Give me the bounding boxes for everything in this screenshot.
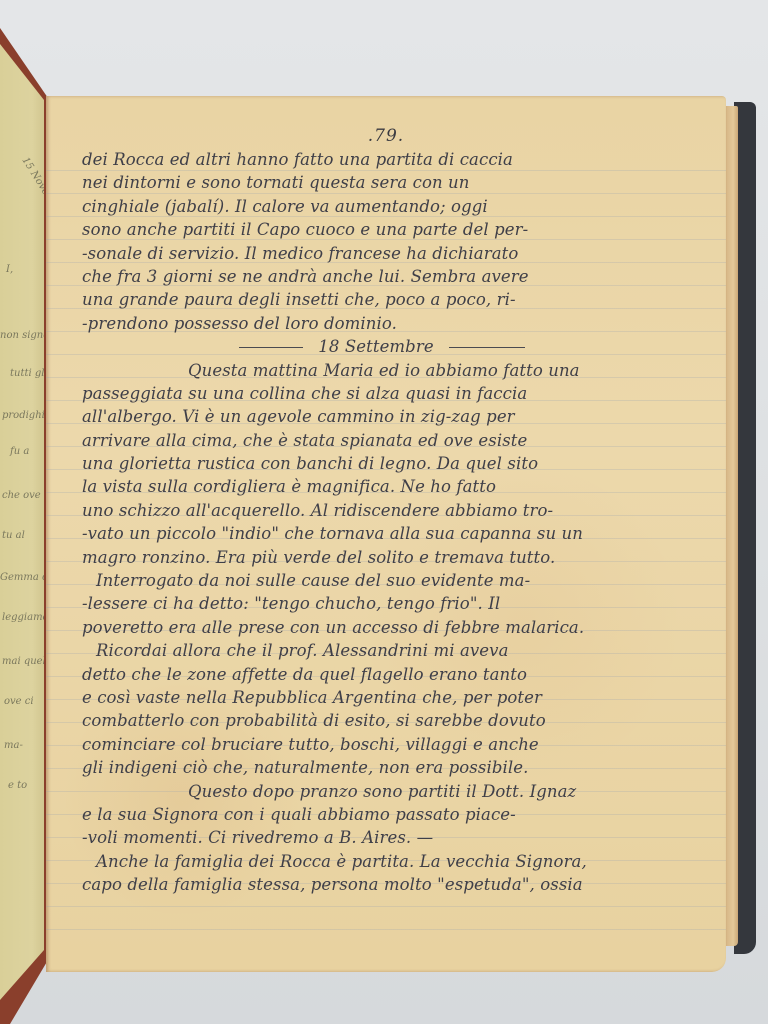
text-line: magro ronzino. Era più verde del solito …: [82, 546, 722, 569]
text-line: poveretto era alle prese con un accesso …: [82, 616, 722, 639]
left-page: 15 Novembre I, non signori tutti gli pro…: [0, 0, 46, 1024]
left-page-fragment: tu al: [2, 530, 25, 541]
text-line: passeggiata su una collina che si alza q…: [82, 382, 722, 405]
text-line: sono anche partiti il Capo cuoco e una p…: [82, 218, 722, 241]
text-line: -lessere ci ha detto: "tengo chucho, ten…: [82, 592, 722, 615]
left-page-fragment: mai quel-: [2, 656, 49, 667]
text-line: -voli momenti. Ci rivedremo a B. Aires. …: [82, 826, 722, 849]
date-heading-row: 18 Settembre: [82, 335, 722, 358]
text-line: Questa mattina Maria ed io abbiamo fatto…: [82, 359, 722, 382]
left-page-fragment: prodighi: [2, 410, 45, 421]
text-line: arrivare alla cima, che è stata spianata…: [82, 429, 722, 452]
diary-page: .79. dei Rocca ed altri hanno fatto una …: [46, 96, 726, 972]
text-line: Interrogato da noi sulle cause del suo e…: [82, 569, 722, 592]
left-page-fragment: e to: [8, 780, 27, 791]
text-line: dei Rocca ed altri hanno fatto una parti…: [82, 148, 722, 171]
text-line: che fra 3 giorni se ne andrà anche lui. …: [82, 265, 722, 288]
text-line: uno schizzo all'acquerello. Al ridiscend…: [82, 499, 722, 522]
handwritten-text: dei Rocca ed altri hanno fatto una parti…: [82, 148, 722, 897]
text-line: -sonale di servizio. Il medico francese …: [82, 242, 722, 265]
text-line: Anche la famiglia dei Rocca è partita. L…: [82, 850, 722, 873]
date-rule-left: [239, 347, 303, 348]
text-line: e la sua Signora con i quali abbiamo pas…: [82, 803, 722, 826]
text-line: combatterlo con probabilità di esito, si…: [82, 709, 722, 732]
text-line: gli indigeni ciò che, naturalmente, non …: [82, 756, 722, 779]
text-line: Ricordai allora che il prof. Alessandrin…: [82, 639, 722, 662]
left-page-fragment: leggiamo: [2, 612, 49, 623]
left-page-fragment: che ove: [2, 490, 41, 501]
text-line: una glorietta rustica con banchi di legn…: [82, 452, 722, 475]
date-heading: 18 Settembre: [318, 337, 433, 356]
text-line: una grande paura degli insetti che, poco…: [82, 288, 722, 311]
left-page-fragment: fu a: [10, 446, 29, 457]
text-line: e così vaste nella Repubblica Argentina …: [82, 686, 722, 709]
text-line: cominciare col bruciare tutto, boschi, v…: [82, 733, 722, 756]
left-page-fragment: I,: [6, 264, 13, 275]
text-line: Questo dopo pranzo sono partiti il Dott.…: [82, 780, 722, 803]
text-line: -prendono possesso del loro dominio.: [82, 312, 722, 335]
text-line: capo della famiglia stessa, persona molt…: [82, 873, 722, 896]
left-page-fragment: ma-: [4, 740, 23, 751]
page-number: .79.: [46, 126, 726, 146]
text-line: nei dintorni e sono tornati questa sera …: [82, 171, 722, 194]
left-page-fragment: ove ci: [4, 696, 34, 707]
text-line: all'albergo. Vi è un agevole cammino in …: [82, 405, 722, 428]
text-line: detto che le zone affette da quel flagel…: [82, 663, 722, 686]
photo-scene: 15 Novembre I, non signori tutti gli pro…: [0, 0, 768, 1024]
text-line: cinghiale (jabalí). Il calore va aumenta…: [82, 195, 722, 218]
text-line: -vato un piccolo "indio" che tornava all…: [82, 522, 722, 545]
left-page-fragment: tutti gli: [10, 368, 48, 379]
date-rule-right: [449, 347, 525, 348]
text-line: la vista sulla cordigliera è magnifica. …: [82, 475, 722, 498]
